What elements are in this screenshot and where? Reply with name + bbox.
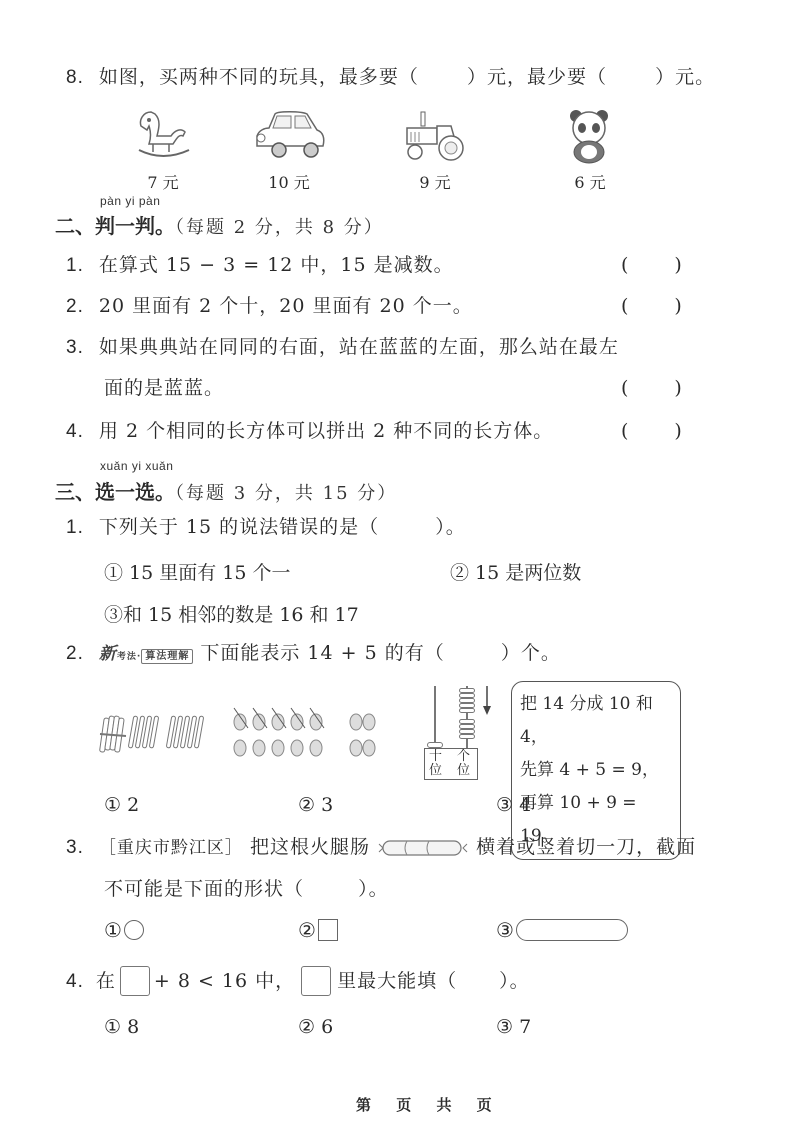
section2-title: 判一判。	[95, 214, 175, 238]
judge-item-2: 2. 20 里面有 2 个十，20 里面有 20 个一。 ()	[66, 297, 706, 316]
q2-option-3[interactable]: ③ 4	[496, 794, 531, 816]
item-text: 如果典典站在同同的右面，站在蓝蓝的左面，那么站在最左	[99, 336, 619, 358]
circle-shape-icon	[124, 920, 144, 940]
item-number: 1.	[66, 255, 84, 276]
abacus: 十 位 个 位	[424, 686, 480, 780]
panda-icon	[568, 108, 612, 164]
choice-q2: 2. 新考法·算法理解 下面能表示 14 + 5 的有（ ）个。	[66, 644, 561, 663]
tens-label-bottom: 位	[429, 764, 442, 778]
tag-kaofa: 考法·	[117, 652, 141, 662]
q4-option-3[interactable]: ③ 7	[496, 1016, 531, 1038]
option-label: ③	[496, 918, 514, 942]
q4-text-c: 里最大能填（	[337, 972, 457, 991]
sausage-icon	[377, 838, 469, 858]
tens-label-top: 十	[429, 750, 442, 764]
q1-text-a: 下列关于 15 的说法错误的是（	[99, 516, 379, 538]
abacus-ones-beads	[459, 688, 475, 739]
q8-number: 8.	[66, 67, 84, 88]
option-label: ①	[104, 918, 122, 942]
item-number: 2.	[66, 296, 84, 317]
q1-number: 1.	[66, 517, 84, 538]
q4-blank-box-2[interactable]	[301, 966, 331, 996]
choice-q3-line2: 不可能是下面的形状（ ）。	[104, 880, 389, 899]
q2-text-b: ）个。	[501, 642, 561, 664]
ones-label-top: 个	[457, 750, 470, 764]
choice-q4: 4. 在 + 8 < 16 中， 里最大能填（ ）。	[66, 966, 530, 996]
ones-label-bottom: 位	[457, 764, 470, 778]
judge-item-4: 4. 用 2 个相同的长方体可以拼出 2 种不同的长方体。 ()	[66, 422, 706, 441]
q3-region: ［重庆市黔江区］	[99, 838, 243, 858]
q8-text-a: 如图，买两种不同的玩具，最多要（	[99, 66, 419, 88]
q8-text-b: ）元，最少要（	[467, 66, 607, 88]
q4-option-1[interactable]: ① 8	[104, 1016, 139, 1038]
q3-text-b: 横着或竖着切一刀，截面	[476, 836, 696, 858]
q8-text-c: ）元。	[655, 66, 715, 88]
pineapples-icon	[228, 704, 378, 760]
toy-panda: 6 元	[560, 108, 620, 193]
q3-text-d: ）。	[358, 878, 389, 900]
toy-car: 10 元	[250, 108, 328, 193]
judge-item-3: 3. 如果典典站在同同的右面，站在蓝蓝的左面，那么站在最左	[66, 338, 706, 357]
toy-rocking-horse: 7 元	[128, 106, 198, 193]
q2-option-2[interactable]: ② 3	[298, 794, 333, 816]
item-number: 4.	[66, 421, 84, 442]
sticks-bundle-icon	[98, 712, 210, 756]
judge-answer-2[interactable]: ()	[621, 297, 682, 316]
tag-xin: 新	[99, 644, 117, 664]
judge-item-3-line2: 面的是蓝蓝。 ()	[104, 379, 706, 398]
tractor-icon	[403, 110, 467, 164]
section2-index: 二、	[55, 214, 95, 238]
q3-text-c: 不可能是下面的形状（	[104, 878, 304, 900]
arrow-down-icon	[482, 686, 492, 716]
toy-price: 10 元	[250, 170, 328, 193]
section2-pinyin: pàn yi pàn	[100, 194, 160, 208]
q1-text-b: ）。	[435, 516, 466, 538]
q3-number: 3.	[66, 837, 84, 858]
toy-tractor: 9 元	[402, 110, 468, 193]
q4-option-2[interactable]: ② 6	[298, 1016, 333, 1038]
q1-option-2[interactable]: ② 15 是两位数	[450, 558, 581, 585]
explain-line-2: 先算 4 + 5 = 9，	[520, 754, 672, 787]
section3-pinyin: xuǎn yi xuǎn	[100, 459, 173, 473]
q1-option-1[interactable]: ① 15 里面有 15 个一	[104, 558, 291, 585]
item-text: 用 2 个相同的长方体可以拼出 2 种不同的长方体。	[99, 420, 553, 442]
q2-option-1[interactable]: ① 2	[104, 794, 139, 816]
q4-text-a: 在	[96, 972, 116, 991]
q3-option-3[interactable]: ③	[496, 918, 628, 942]
q3-option-2[interactable]: ②	[298, 918, 338, 942]
car-icon	[251, 108, 327, 164]
section2-heading: 二、判一判。（每题 2 分，共 8 分）	[55, 210, 384, 239]
rocking-horse-icon	[133, 106, 193, 164]
judge-answer-1[interactable]: ()	[621, 256, 682, 275]
q8-line: 8. 如图，买两种不同的玩具，最多要（ ）元，最少要（ ）元。	[66, 68, 715, 87]
judge-answer-3[interactable]: ()	[621, 379, 682, 398]
item-text: 在算式 15 − 3 = 12 中，15 是减数。	[99, 254, 454, 276]
q3-option-1[interactable]: ①	[104, 918, 144, 942]
square-shape-icon	[318, 919, 338, 941]
q2-number: 2.	[66, 643, 84, 664]
choice-q1: 1. 下列关于 15 的说法错误的是（ ）。	[66, 518, 466, 537]
explain-line-1: 把 14 分成 10 和 4，	[520, 688, 672, 754]
explain-box: 把 14 分成 10 和 4， 先算 4 + 5 = 9， 再算 10 + 9 …	[511, 681, 681, 860]
section3-index: 三、	[55, 480, 95, 504]
abacus-base: 十 位 个 位	[424, 748, 478, 780]
item-text-continued: 面的是蓝蓝。	[104, 377, 224, 399]
q4-number: 4.	[66, 972, 84, 991]
judge-item-1: 1. 在算式 15 − 3 = 12 中，15 是减数。 ()	[66, 256, 706, 275]
judge-answer-4[interactable]: ()	[621, 422, 682, 441]
section3-heading: 三、选一选。（每题 3 分，共 15 分）	[55, 476, 397, 505]
page-footer: 第 页 共 页	[356, 1094, 502, 1115]
toy-price: 6 元	[560, 170, 620, 193]
tag-category: 算法理解	[141, 649, 193, 664]
q3-text-a: 把这根火腿肠	[250, 836, 370, 858]
q4-blank-box-1[interactable]	[120, 966, 150, 996]
section2-note: （每题 2 分，共 8 分）	[175, 217, 384, 238]
item-number: 3.	[66, 337, 84, 358]
q4-text-b: + 8 < 16 中，	[154, 972, 295, 991]
toy-price: 7 元	[128, 170, 198, 193]
abacus-tens-rod	[434, 686, 436, 748]
choice-q3: 3. ［重庆市黔江区］ 把这根火腿肠 横着或竖着切一刀，截面	[66, 838, 696, 858]
q2-text-a: 下面能表示 14 + 5 的有（	[200, 642, 444, 664]
toy-price: 9 元	[402, 170, 468, 193]
new-method-tag: 新考法·算法理解	[99, 646, 193, 663]
section3-note: （每题 3 分，共 15 分）	[175, 483, 397, 504]
rounded-rectangle-shape-icon	[516, 919, 628, 941]
q1-option-3[interactable]: ③和 15 相邻的数是 16 和 17	[104, 600, 359, 627]
option-label: ②	[298, 918, 316, 942]
item-text: 20 里面有 2 个十，20 里面有 20 个一。	[99, 295, 473, 317]
section3-title: 选一选。	[95, 480, 175, 504]
q4-text-d: ）。	[499, 972, 530, 991]
